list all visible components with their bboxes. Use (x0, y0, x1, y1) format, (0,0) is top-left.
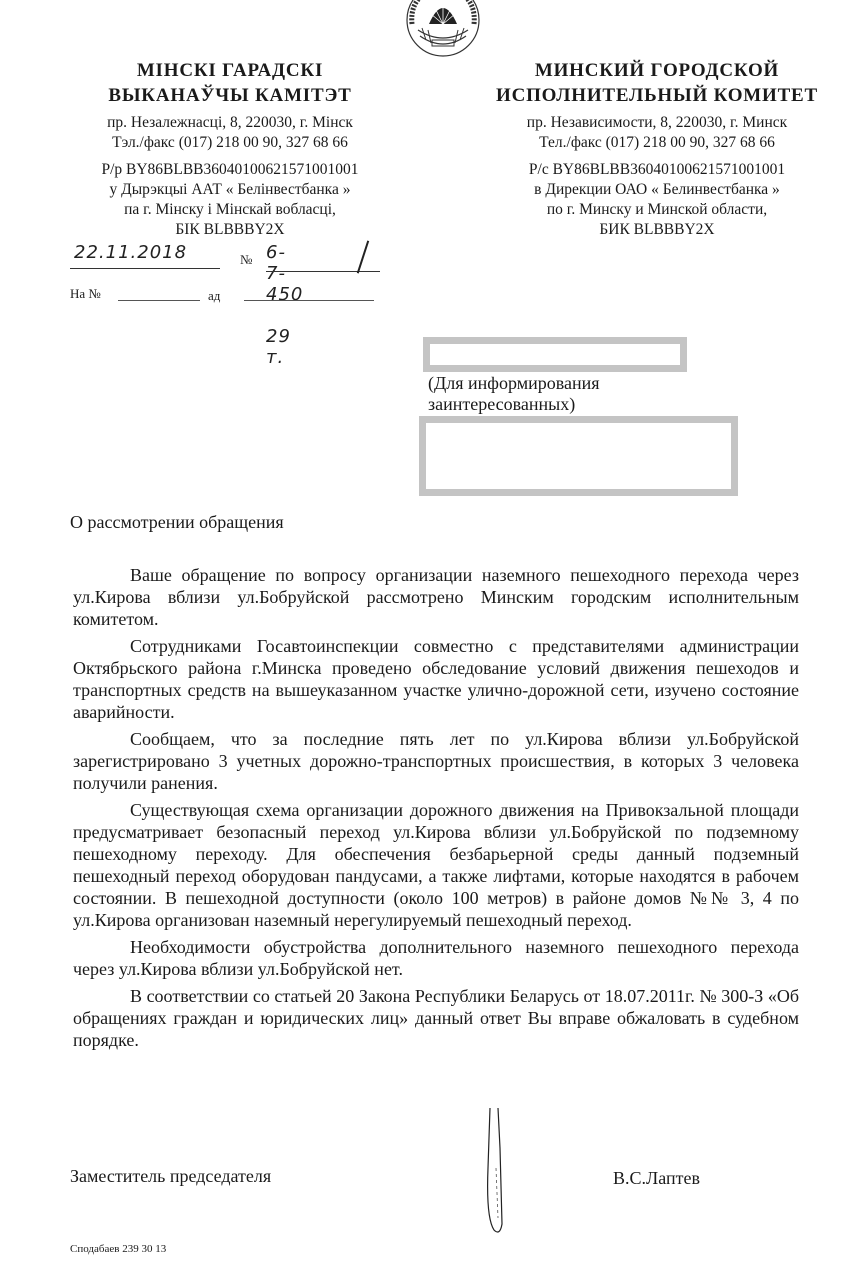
org-account: Р/р BY86BLBB36040100621571001001 (62, 160, 398, 180)
letter-body: Ваше обращение по вопросу организации на… (73, 564, 799, 1056)
ref-from-label: ад (208, 288, 220, 304)
outgoing-number: 6-7-45029 т. (266, 242, 303, 368)
ref-number-label: На № (70, 286, 101, 301)
org-address: пр. Незалежнасці, 8, 220030, г. Мінск (62, 113, 398, 133)
paragraph: Сообщаем, что за последние пять лет по у… (73, 728, 799, 794)
paragraph: Ваше обращение по вопросу организации на… (73, 564, 799, 630)
org-bank-line1: в Дирекции ОАО « Белинвестбанка » (482, 180, 832, 200)
outgoing-date: 22.11.2018 (74, 242, 187, 263)
handwritten-signature-icon (478, 1108, 518, 1258)
org-phone: Тел./факс (017) 218 00 90, 327 68 66 (482, 133, 832, 153)
signatory-name: В.С.Лаптев (613, 1168, 700, 1189)
redacted-recipient-address (419, 416, 738, 496)
handwritten-slash (357, 241, 369, 274)
number-label: № (240, 252, 252, 268)
org-bic: БИК BLBBBY2X (482, 220, 832, 240)
org-account: Р/с BY86BLBB36040100621571001001 (482, 160, 832, 180)
ref-date-blank (244, 300, 374, 301)
paragraph: В соответствии со статьей 20 Закона Респ… (73, 985, 799, 1051)
org-title-line1: МИНСКИЙ ГОРОДСКОЙ (482, 58, 832, 83)
org-bank-line2: по г. Минску и Минской области, (482, 200, 832, 220)
letter-subject: О рассмотрении обращения (70, 512, 284, 533)
org-title-line2: ИСПОЛНИТЕЛЬНЫЙ КОМИТЕТ (482, 83, 832, 108)
org-title-line2: ВЫКАНАЎЧЫ КАМІТЭТ (62, 83, 398, 108)
reference-line: На № ад (70, 286, 101, 302)
org-phone: Тэл./факс (017) 218 00 90, 327 68 66 (62, 133, 398, 153)
letterhead-russian: МИНСКИЙ ГОРОДСКОЙ ИСПОЛНИТЕЛЬНЫЙ КОМИТЕТ… (482, 58, 832, 240)
org-title-line1: МІНСКІ ГАРАДСКІ (62, 58, 398, 83)
recipient-line2: заинтересованных) (428, 394, 600, 415)
recipient-note: (Для информирования заинтересованных) (428, 373, 600, 415)
org-bic: БІК BLBBBY2X (62, 220, 398, 240)
ref-number-blank (118, 300, 200, 301)
paragraph: Сотрудниками Госавтоинспекции совместно … (73, 635, 799, 723)
executor-contact: Сподабаев 239 30 13 (70, 1243, 166, 1255)
number-suffix: 29 т. (266, 326, 291, 368)
number-underline (266, 271, 380, 272)
paragraph: Необходимости обустройства дополнительно… (73, 936, 799, 980)
org-address: пр. Независимости, 8, 220030, г. Минск (482, 113, 832, 133)
letterhead-belarusian: МІНСКІ ГАРАДСКІ ВЫКАНАЎЧЫ КАМІТЭТ пр. Не… (62, 58, 398, 240)
org-bank-line2: па г. Мінску і Мінскай вобласці, (62, 200, 398, 220)
number-main: 6-7-450 (266, 242, 303, 305)
org-bank-line1: у Дырэкцыі ААТ « Белінвестбанка » (62, 180, 398, 200)
signatory-title: Заместитель председателя (70, 1166, 271, 1187)
state-emblem-icon (404, 0, 482, 58)
recipient-line1: (Для информирования (428, 373, 600, 394)
date-underline (70, 268, 220, 269)
paragraph: Существующая схема организации дорожного… (73, 799, 799, 931)
redacted-recipient-name (423, 337, 687, 372)
